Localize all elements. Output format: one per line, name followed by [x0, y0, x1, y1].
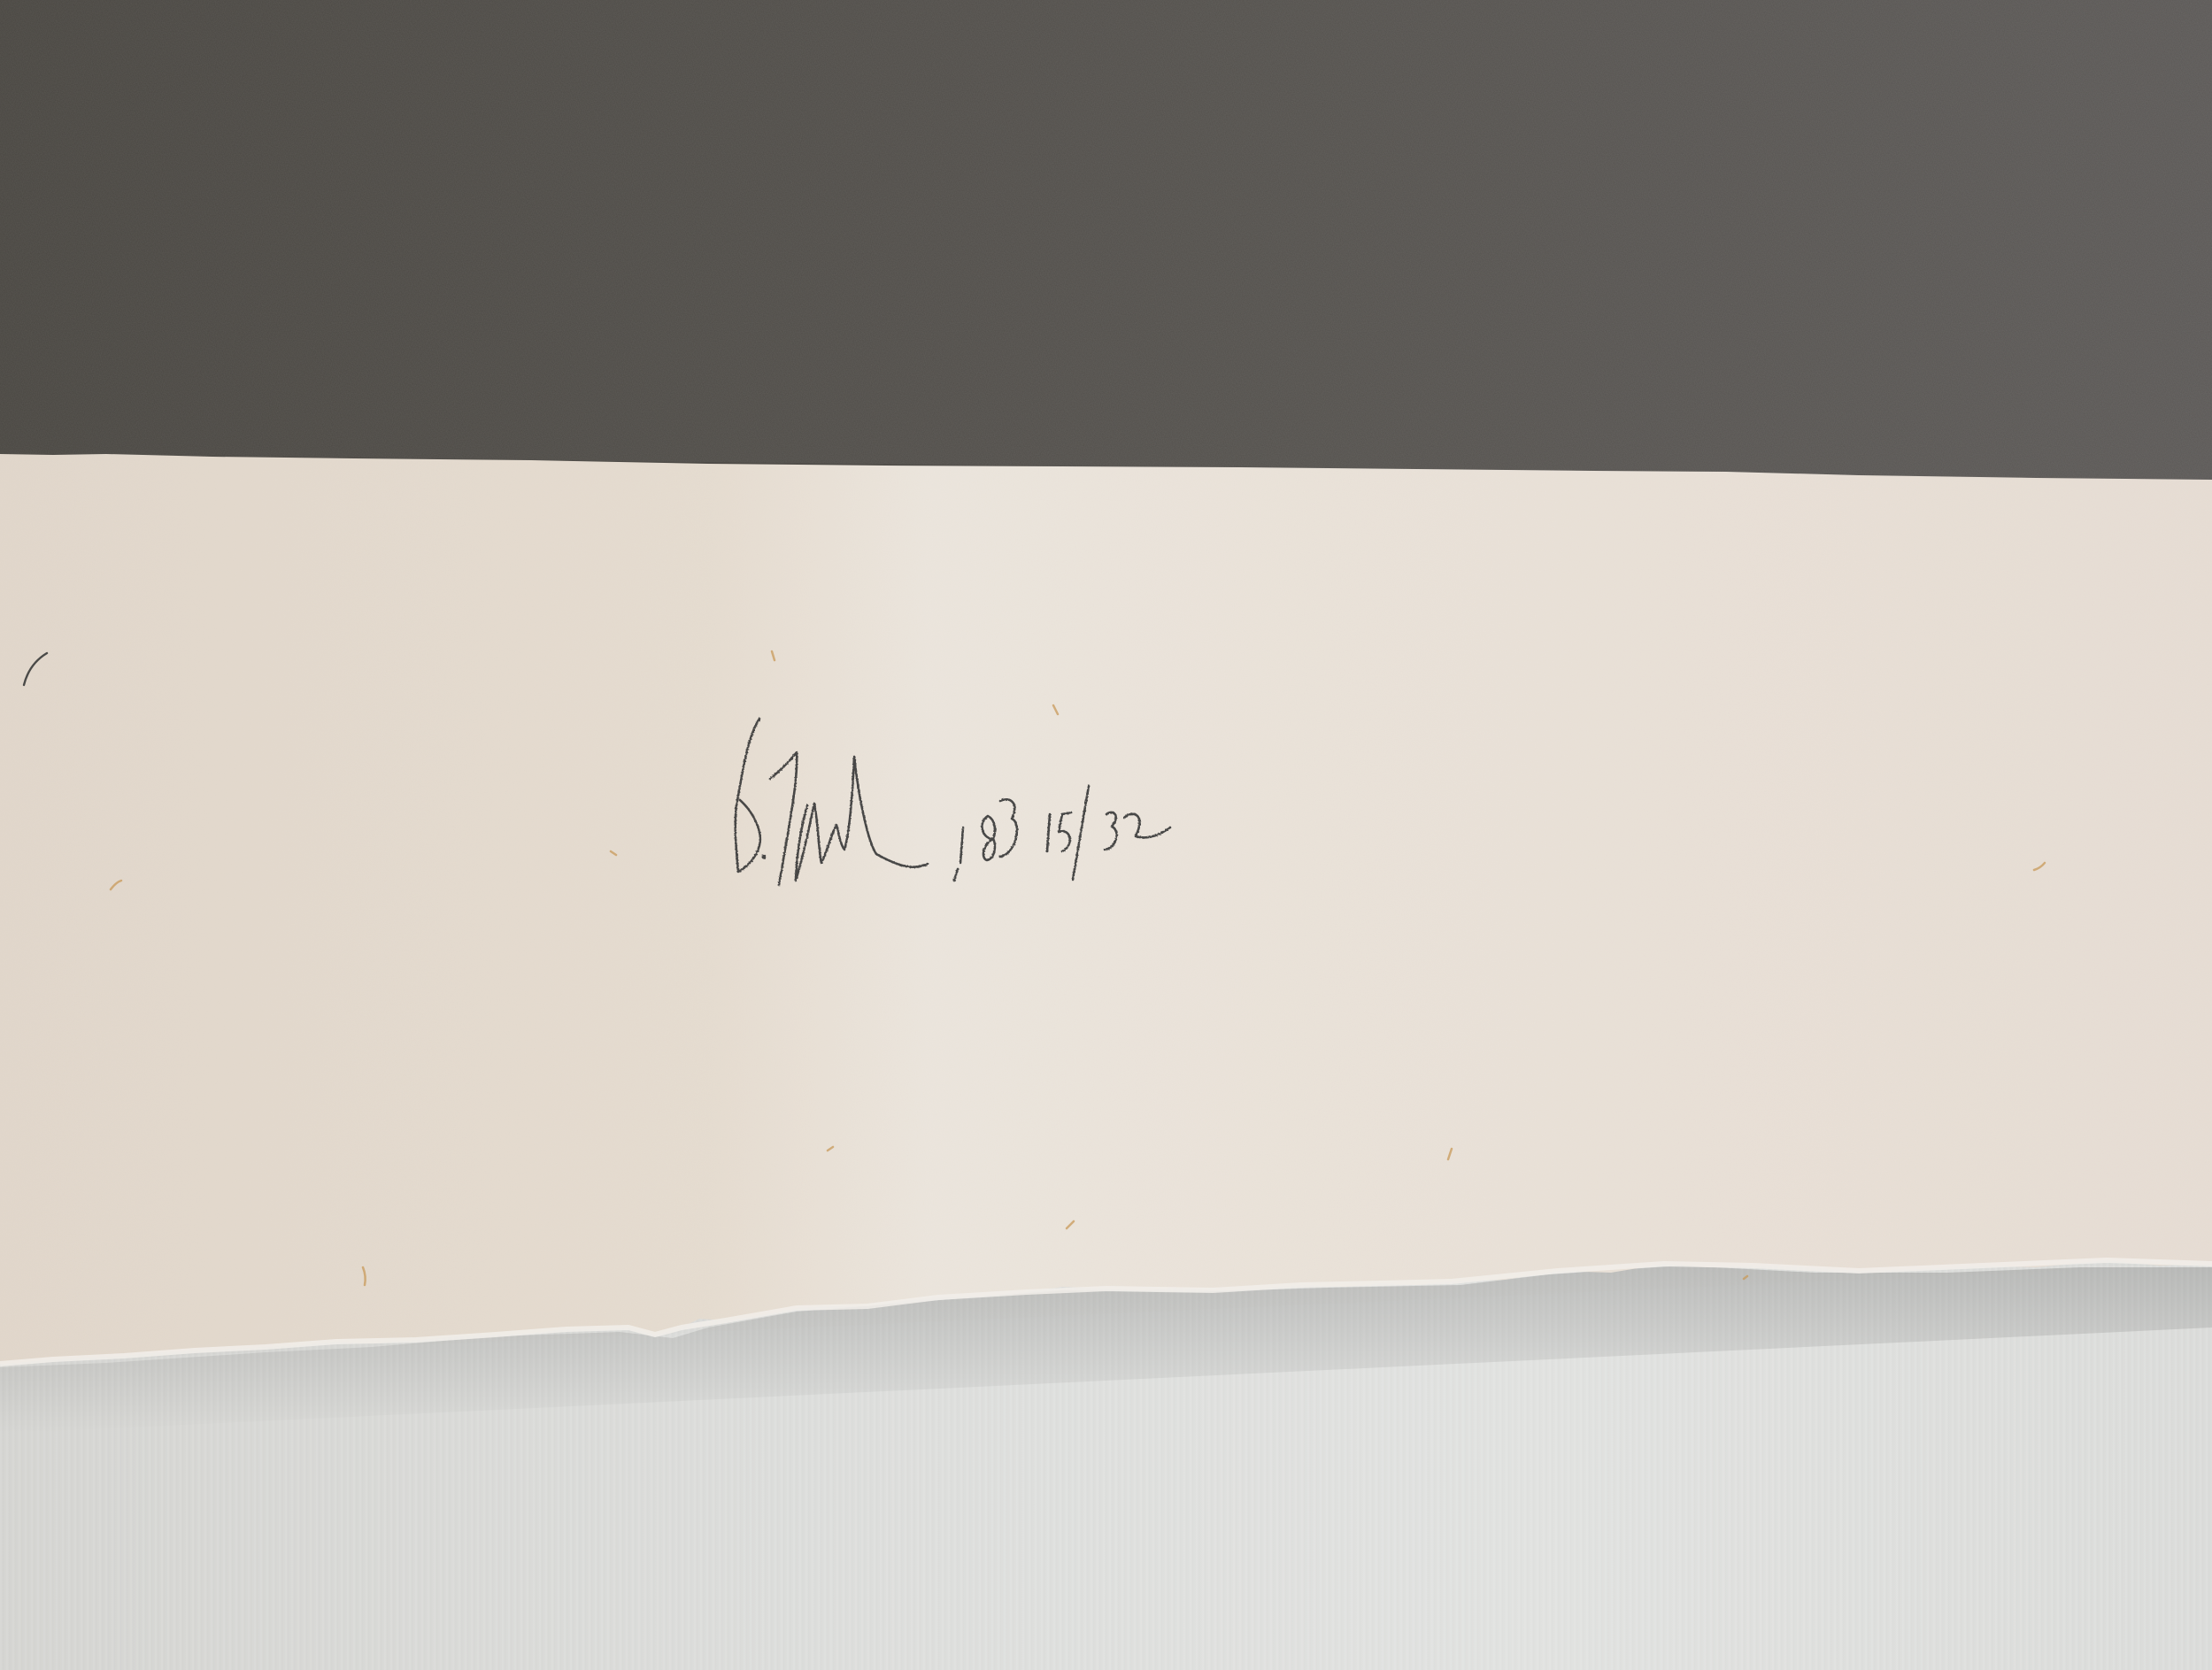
- print-margin-illustration: [0, 0, 2212, 1670]
- photograph-scene: B. Marden 1,83 15/32: [0, 0, 2212, 1670]
